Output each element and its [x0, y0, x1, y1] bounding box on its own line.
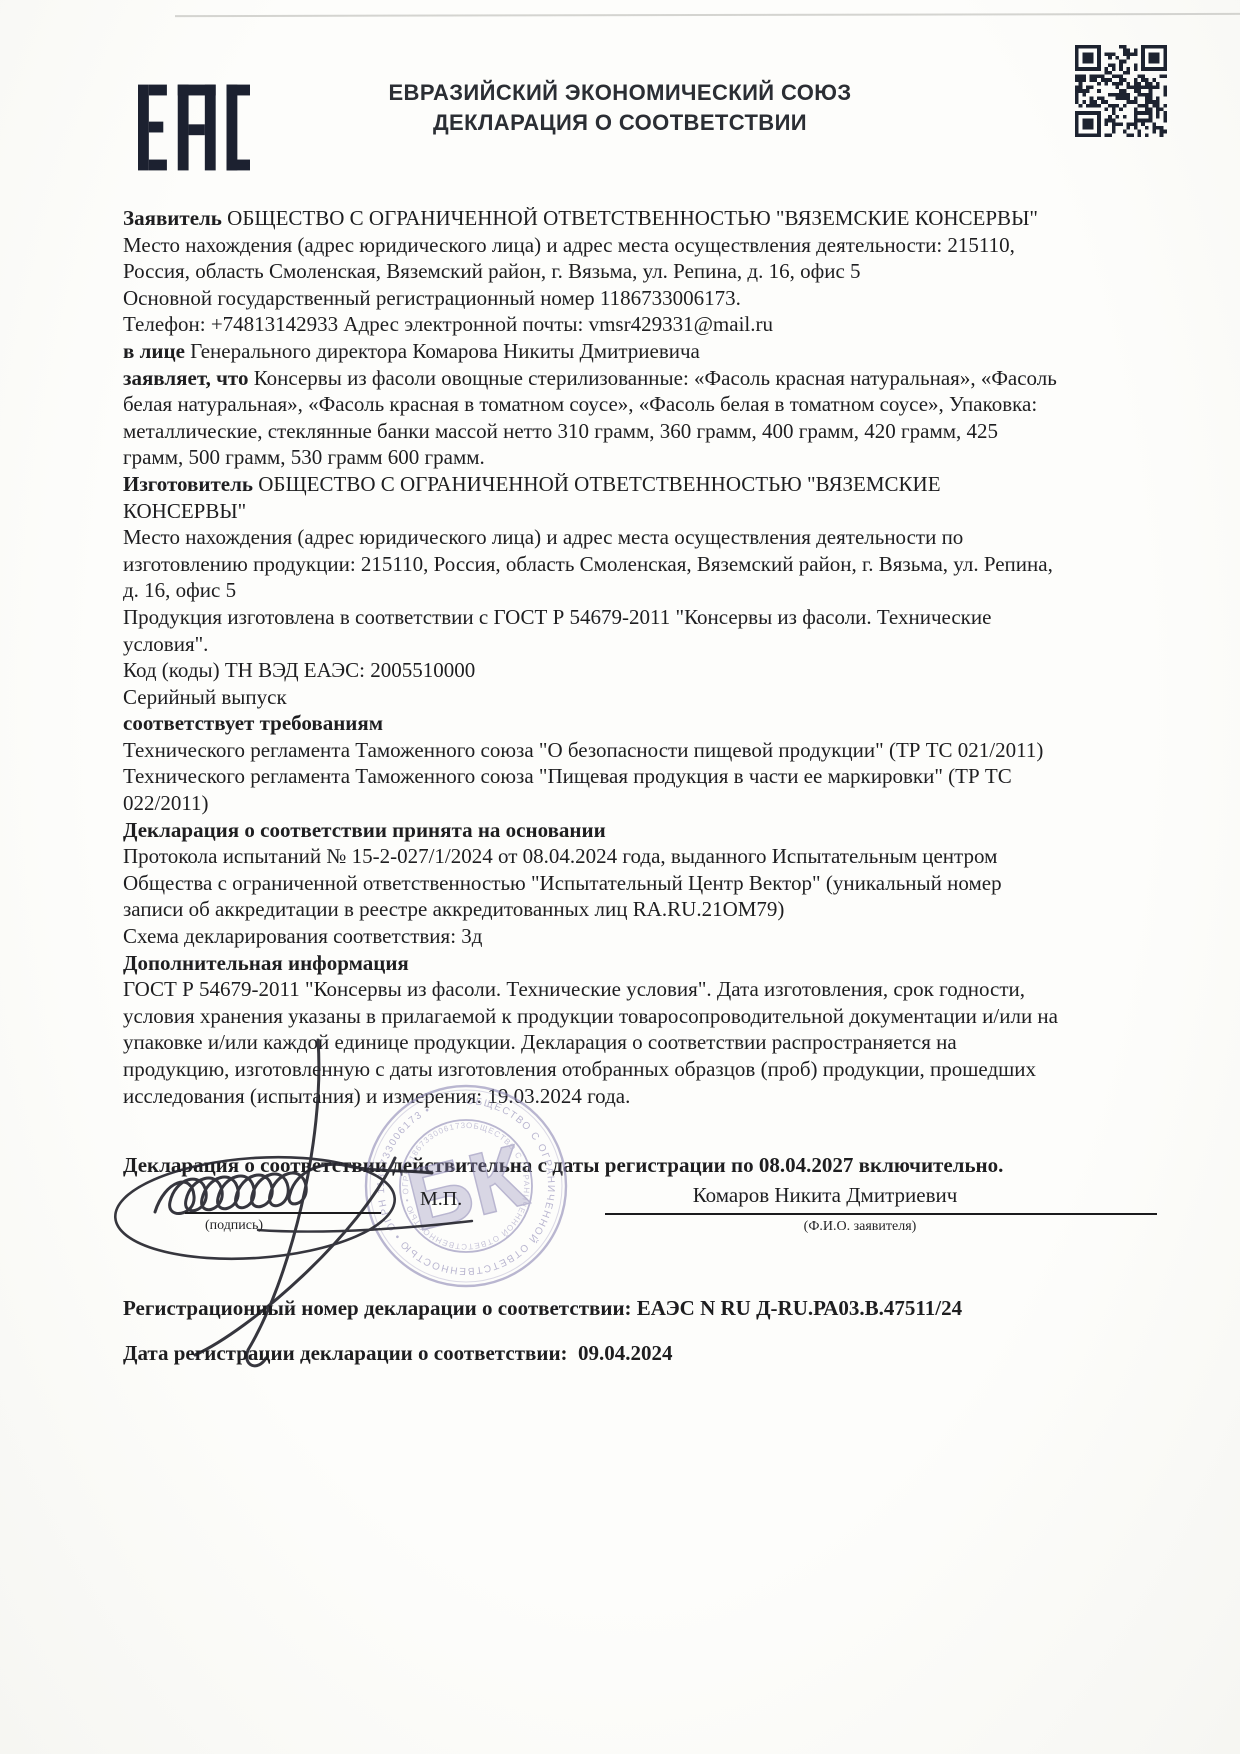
- text-line: Изготовитель ОБЩЕСТВО С ОГРАНИЧЕННОЙ ОТВ…: [123, 471, 1158, 498]
- text-line: металлические, стеклянные банки массой н…: [123, 418, 1158, 445]
- text-line: Код (коды) ТН ВЭД ЕАЭС: 2005510000: [123, 657, 1158, 684]
- declaration-document: ЕВРАЗИЙСКИЙ ЭКОНОМИЧЕСКИЙ СОЮЗ ДЕКЛАРАЦИ…: [0, 0, 1240, 1754]
- text-line: Дополнительная информация: [123, 950, 1158, 977]
- applicant-name-caption: (Ф.И.О. заявителя): [720, 1219, 1000, 1235]
- registration-date-line: Дата регистрации декларации о соответств…: [123, 1341, 673, 1366]
- applicant-name: Комаров Никита Дмитриевич: [640, 1183, 1010, 1208]
- text-line: Продукция изготовлена в соответствии с Г…: [123, 604, 1158, 631]
- text-line: 022/2011): [123, 790, 1158, 817]
- text-line: КОНСЕРВЫ": [123, 498, 1158, 525]
- text-line: в лице Генерального директора Комарова Н…: [123, 338, 1158, 365]
- text-line: Декларация о соответствии принята на осн…: [123, 817, 1158, 844]
- text-line: Место нахождения (адрес юридического лиц…: [123, 524, 1158, 551]
- text-line: Место нахождения (адрес юридического лиц…: [123, 232, 1158, 259]
- mp-seal-label: М.П.: [420, 1188, 462, 1211]
- text-line: Заявитель ОБЩЕСТВО С ОГРАНИЧЕННОЙ ОТВЕТС…: [123, 205, 1158, 232]
- text-line: заявляет, что Консервы из фасоли овощные…: [123, 365, 1158, 392]
- text-line: ГОСТ Р 54679-2011 "Консервы из фасоли. Т…: [123, 976, 1158, 1003]
- text-line: Протокола испытаний № 15-2-027/1/2024 от…: [123, 843, 1158, 870]
- text-line: белая натуральная», «Фасоль красная в то…: [123, 391, 1158, 418]
- document-title: ЕВРАЗИЙСКИЙ ЭКОНОМИЧЕСКИЙ СОЮЗ ДЕКЛАРАЦИ…: [300, 78, 940, 138]
- text-line: изготовлению продукции: 215110, Россия, …: [123, 551, 1158, 578]
- handwritten-signature: [100, 1020, 660, 1390]
- text-line: Технического регламента Таможенного союз…: [123, 763, 1158, 790]
- eac-logo-svg: [138, 80, 250, 175]
- text-line: Основной государственный регистрационный…: [123, 285, 1158, 312]
- qr-code-pattern: [1075, 45, 1167, 137]
- text-line: Технического регламента Таможенного союз…: [123, 737, 1158, 764]
- text-line: Общества с ограниченной ответственностью…: [123, 870, 1158, 897]
- text-line: условия".: [123, 631, 1158, 658]
- registration-number-line: Регистрационный номер декларации о соотв…: [123, 1296, 962, 1321]
- text-line: Серийный выпуск: [123, 684, 1158, 711]
- signature-caption: (подпись): [174, 1218, 294, 1234]
- title-line-1: ЕВРАЗИЙСКИЙ ЭКОНОМИЧЕСКИЙ СОЮЗ: [300, 78, 940, 108]
- text-line: д. 16, офис 5: [123, 577, 1158, 604]
- eac-logo-icon: [138, 80, 250, 175]
- text-line: соответствует требованиям: [123, 710, 1158, 737]
- title-line-2: ДЕКЛАРАЦИЯ О СООТВЕТСТВИИ: [300, 108, 940, 138]
- text-line: записи об аккредитации в реестре аккреди…: [123, 896, 1158, 923]
- applicant-name-line: [605, 1213, 1157, 1215]
- text-line: Схема декларирования соответствия: 3д: [123, 923, 1158, 950]
- signature-line: [185, 1212, 381, 1214]
- text-line: Телефон: +74813142933 Адрес электронной …: [123, 311, 1158, 338]
- scan-artifact-line: [175, 13, 1240, 17]
- qr-code-icon: [1075, 45, 1167, 137]
- text-line: грамм, 500 грамм, 530 грамм 600 грамм.: [123, 444, 1158, 471]
- text-line: Россия, область Смоленская, Вяземский ра…: [123, 258, 1158, 285]
